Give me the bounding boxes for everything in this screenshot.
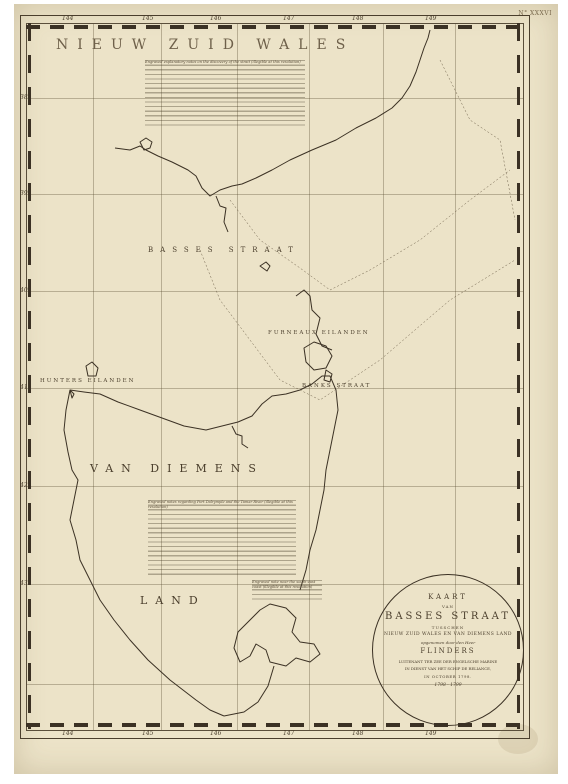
region-land: LAND [140,594,206,607]
region-nieuw-zuid-wales: NIEUW ZUID WALES [56,37,354,53]
cartouche-line-3: IN OCTOBER 1798. [373,674,523,679]
cartouche-date: 1798 · 1799 [373,683,523,688]
region-furneaux-eilanden: FURNEAUX EILANDEN [268,330,370,336]
cartouche-tusschen: TUSSCHEN [373,625,523,630]
cartouche-kaart: KAART [373,593,523,601]
region-hunters-eilanden: HUNTERS EILANDEN [40,378,135,384]
title-cartouche: KAART VAN BASSES STRAAT TUSSCHEN NIEUW Z… [372,574,524,726]
region-basses-straat: BASSES STRAAT [148,246,300,254]
notes-text-block-middle: Engraved notes regarding Port Dalrymple … [148,500,296,576]
cartouche-line-1: LUITENANT TER ZEE DER ENGELSCHE MARINE [373,659,523,664]
region-banks-straat: BANKS STRAAT [302,383,371,389]
cartouche-line-2: IN DIENST VAN HET SCHIP DE RELIANCE, [373,666,523,671]
cartouche-subtitle: NIEUW ZUID WALES EN VAN DIEMENS LAND [373,632,523,637]
cartouche-author: FLINDERS [373,647,523,655]
cartouche-title: BASSES STRAAT [373,611,523,622]
cartouche-van: VAN [373,604,523,609]
cartouche-opgenomen: opgenomen door den Heer [373,640,523,645]
region-van-diemens: VAN DIEMENS [90,462,264,475]
notes-text-block-small: Engraved note near the south-east coast … [252,580,322,600]
notes-text-block-top: Engraved explanatory notes on the discov… [145,60,305,128]
